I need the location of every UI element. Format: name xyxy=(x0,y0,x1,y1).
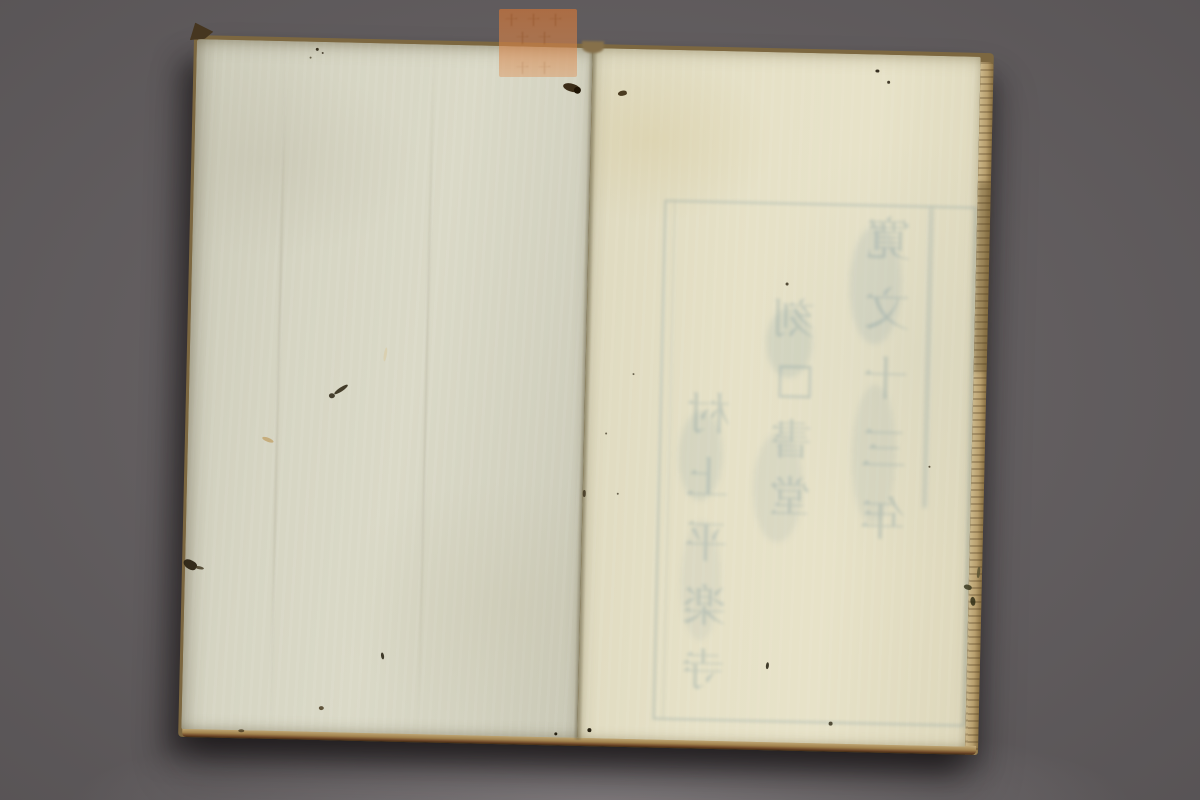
tag-marks-row: 十十 xyxy=(499,63,577,77)
speck xyxy=(322,52,324,54)
speck xyxy=(329,393,335,398)
open-book: 寛文十三年刻□書堂村上平楽寺 xyxy=(178,35,994,755)
worn-cover-corner xyxy=(189,21,214,40)
speck xyxy=(554,732,557,735)
paper-crease xyxy=(269,41,287,731)
tag-marks-row: 十十 xyxy=(499,33,577,47)
colophon-text-bleedthrough: 寛文十三年刻□書堂村上平楽寺 xyxy=(593,48,981,57)
speck xyxy=(587,728,591,732)
speck xyxy=(583,490,586,497)
speck xyxy=(875,69,879,72)
speck xyxy=(319,706,324,710)
orange-paper-tag: 十十十 十十 十十 xyxy=(499,9,577,77)
paper-crease xyxy=(417,44,435,734)
speck xyxy=(928,466,930,468)
gutter-top-notch xyxy=(582,41,604,53)
speck xyxy=(887,81,890,84)
left-page-blank xyxy=(181,39,593,738)
right-page-with-bleedthrough: 寛文十三年刻□書堂村上平楽寺 xyxy=(577,48,981,747)
speck xyxy=(316,48,319,51)
speck xyxy=(617,493,619,495)
speck xyxy=(310,57,312,59)
speck xyxy=(605,432,607,434)
photograph-of-open-book: 寛文十三年刻□書堂村上平楽寺 十十十 十十 十十 xyxy=(0,0,1200,800)
speck xyxy=(829,722,833,726)
speck xyxy=(786,282,789,285)
speck xyxy=(238,729,244,732)
tag-marks-row: 十十十 xyxy=(499,15,577,29)
speck xyxy=(632,373,634,375)
